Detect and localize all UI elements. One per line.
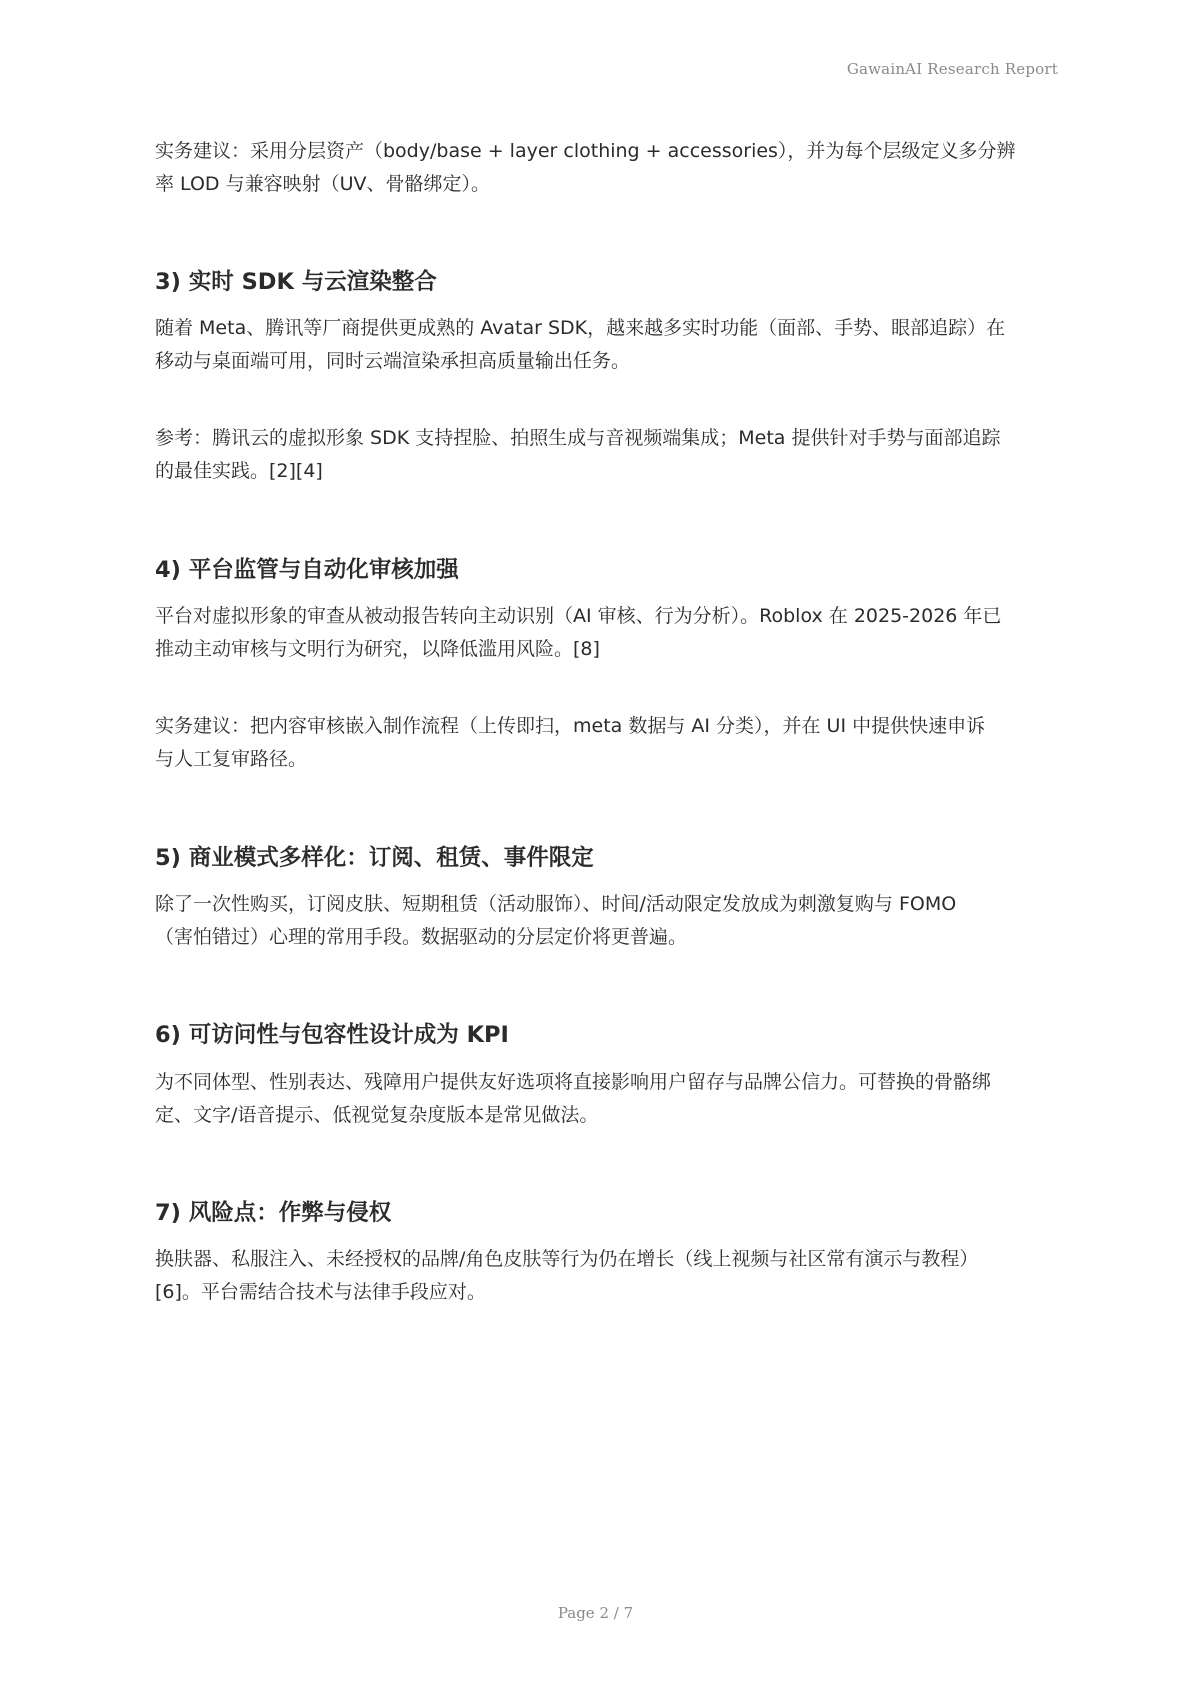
paragraph-sdk-references: 参考：腾讯云的虚拟形象 SDK 支持捏脸、拍照生成与音视频端集成；Meta 提供… xyxy=(155,422,1055,488)
text-line: 随着 Meta、腾讯等厂商提供更成熟的 Avatar SDK，越来越多实时功能（… xyxy=(155,312,1055,345)
text-line: 与人工复审路径。 xyxy=(155,743,1055,776)
paragraph-platform-moderation: 平台对虚拟形象的审查从被动报告转向主动识别（AI 审核、行为分析）。Roblox… xyxy=(155,600,1055,666)
section-heading-6: 6) 可访问性与包容性设计成为 KPI xyxy=(155,1020,509,1050)
section-heading-5: 5) 商业模式多样化：订阅、租赁、事件限定 xyxy=(155,843,594,873)
text-line: 实务建议：采用分层资产（body/base + layer clothing +… xyxy=(155,135,1055,168)
paragraph-risks: 换肤器、私服注入、未经授权的品牌/角色皮肤等行为仍在增长（线上视频与社区常有演示… xyxy=(155,1243,1055,1309)
paragraph-layered-assets-advice: 实务建议：采用分层资产（body/base + layer clothing +… xyxy=(155,135,1055,201)
text-line: [6]。平台需结合技术与法律手段应对。 xyxy=(155,1276,1055,1309)
paragraph-realtime-sdk: 随着 Meta、腾讯等厂商提供更成熟的 Avatar SDK，越来越多实时功能（… xyxy=(155,312,1055,378)
paragraph-accessibility: 为不同体型、性别表达、残障用户提供友好选项将直接影响用户留存与品牌公信力。可替换… xyxy=(155,1066,1055,1132)
section-heading-7: 7) 风险点：作弊与侵权 xyxy=(155,1198,391,1228)
section-heading-4: 4) 平台监管与自动化审核加强 xyxy=(155,555,459,585)
text-line: 换肤器、私服注入、未经授权的品牌/角色皮肤等行为仍在增长（线上视频与社区常有演示… xyxy=(155,1243,1055,1276)
text-line: 为不同体型、性别表达、残障用户提供友好选项将直接影响用户留存与品牌公信力。可替换… xyxy=(155,1066,1055,1099)
paragraph-business-models: 除了一次性购买，订阅皮肤、短期租赁（活动服饰）、时间/活动限定发放成为刺激复购与… xyxy=(155,888,1055,954)
paragraph-moderation-advice: 实务建议：把内容审核嵌入制作流程（上传即扫，meta 数据与 AI 分类），并在… xyxy=(155,710,1055,776)
text-line: 实务建议：把内容审核嵌入制作流程（上传即扫，meta 数据与 AI 分类），并在… xyxy=(155,710,1055,743)
text-line: 的最佳实践。[2][4] xyxy=(155,455,1055,488)
text-line: 移动与桌面端可用，同时云端渲染承担高质量输出任务。 xyxy=(155,345,1055,378)
text-line: 率 LOD 与兼容映射（UV、骨骼绑定）。 xyxy=(155,168,1055,201)
text-line: 除了一次性购买，订阅皮肤、短期租赁（活动服饰）、时间/活动限定发放成为刺激复购与… xyxy=(155,888,1055,921)
text-line: 定、文字/语音提示、低视觉复杂度版本是常见做法。 xyxy=(155,1099,1055,1132)
page-number: Page 2 / 7 xyxy=(0,1604,1191,1622)
section-heading-3: 3) 实时 SDK 与云渲染整合 xyxy=(155,267,437,297)
text-line: 平台对虚拟形象的审查从被动报告转向主动识别（AI 审核、行为分析）。Roblox… xyxy=(155,600,1055,633)
text-line: （害怕错过）心理的常用手段。数据驱动的分层定价将更普遍。 xyxy=(155,921,1055,954)
text-line: 推动主动审核与文明行为研究，以降低滥用风险。[8] xyxy=(155,633,1055,666)
text-line: 参考：腾讯云的虚拟形象 SDK 支持捏脸、拍照生成与音视频端集成；Meta 提供… xyxy=(155,422,1055,455)
page-header: GawainAI Research Report xyxy=(847,60,1058,78)
